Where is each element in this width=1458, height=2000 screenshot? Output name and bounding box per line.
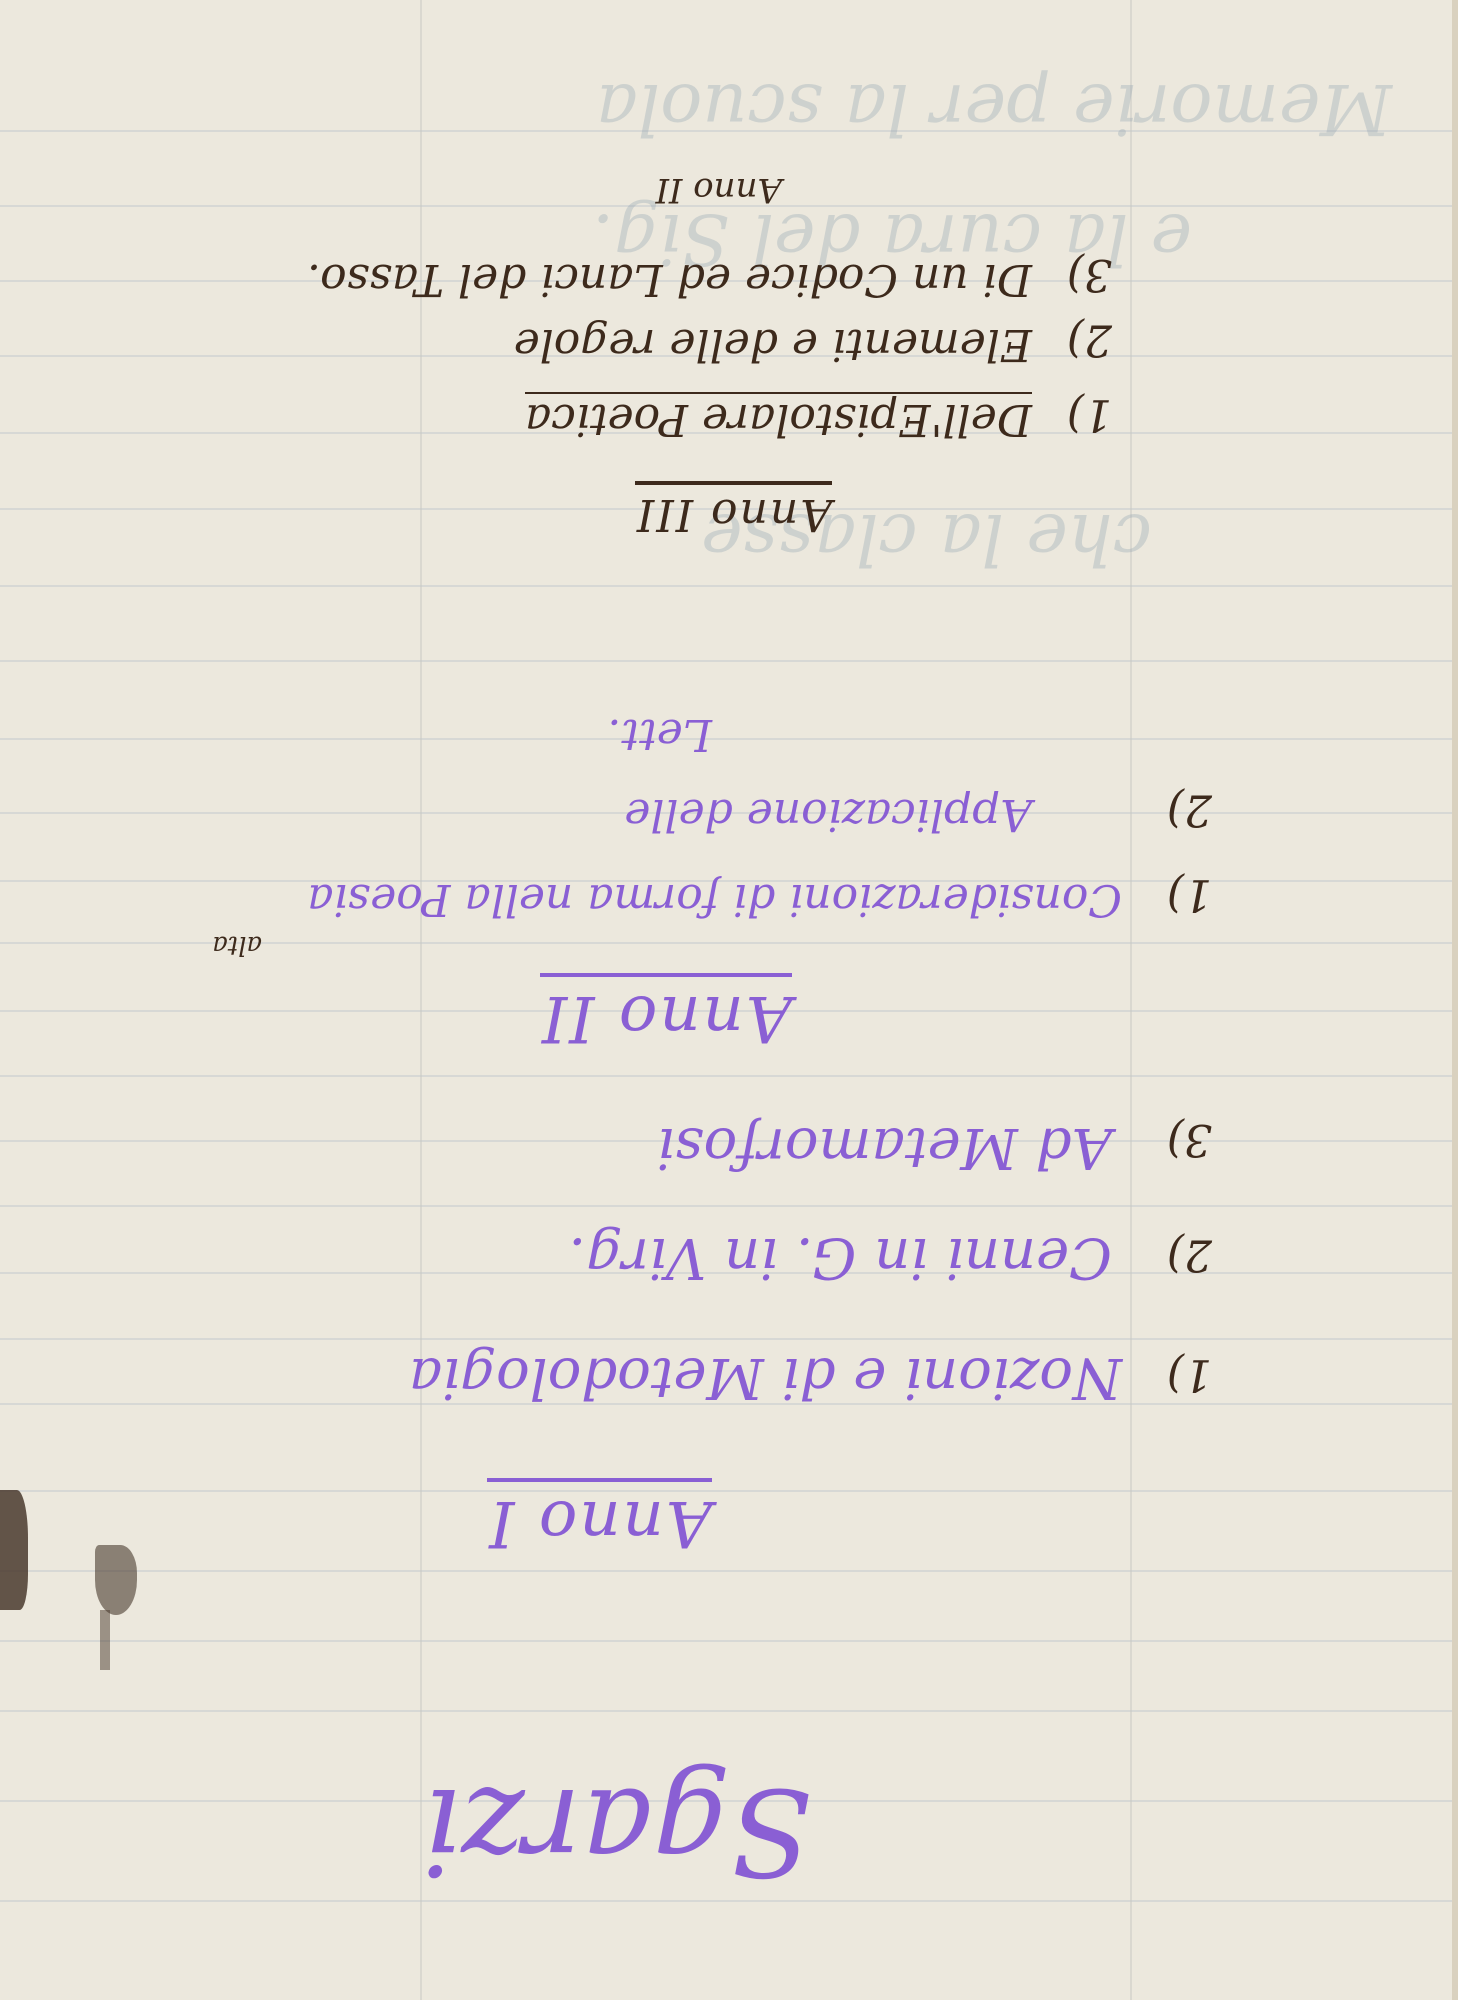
rotated-content: Memorie per la scuola e la cura del Sig.… (0, 0, 1452, 2000)
margin-note: alta (212, 930, 262, 960)
list-item: Nozioni e di Metodologia (409, 1345, 1122, 1410)
item-number: 1) (1067, 389, 1112, 440)
section-heading-anno-iii: Anno III (635, 481, 832, 540)
list-item: Di un Codice ed Lanci del Tasso. (307, 254, 1032, 305)
section-heading-anno-i: Anno I (487, 1478, 712, 1560)
item-number: 3) (1067, 249, 1112, 300)
document-page: Memorie per la scuola e la cura del Sig.… (0, 0, 1458, 2000)
list-item: Applicazione delle (624, 789, 1032, 840)
list-item: Considerazioni di forma nella Poesia (307, 874, 1122, 925)
list-item-continuation: Lett. (607, 709, 712, 760)
section-heading-anno-ii-small: Anno II (656, 170, 783, 210)
list-item: Cenni in G. in Virg. (568, 1225, 1112, 1290)
item-number: 1) (1167, 869, 1212, 920)
list-item: Ad Metamorfosi (657, 1115, 1112, 1180)
item-number: 2) (1167, 784, 1212, 835)
item-number: 2) (1067, 314, 1112, 365)
bleed-through-text: Memorie per la scuola (596, 68, 1392, 150)
item-number: 1) (1167, 1349, 1212, 1400)
list-item: Dell'Epistolare Poetica (525, 392, 1032, 445)
signature: Sgarzi (422, 1761, 812, 1900)
item-number: 3) (1167, 1114, 1212, 1165)
list-item: Elementi e delle regole (514, 319, 1032, 370)
section-heading-anno-ii: Anno II (540, 973, 792, 1055)
item-number: 2) (1167, 1229, 1212, 1280)
